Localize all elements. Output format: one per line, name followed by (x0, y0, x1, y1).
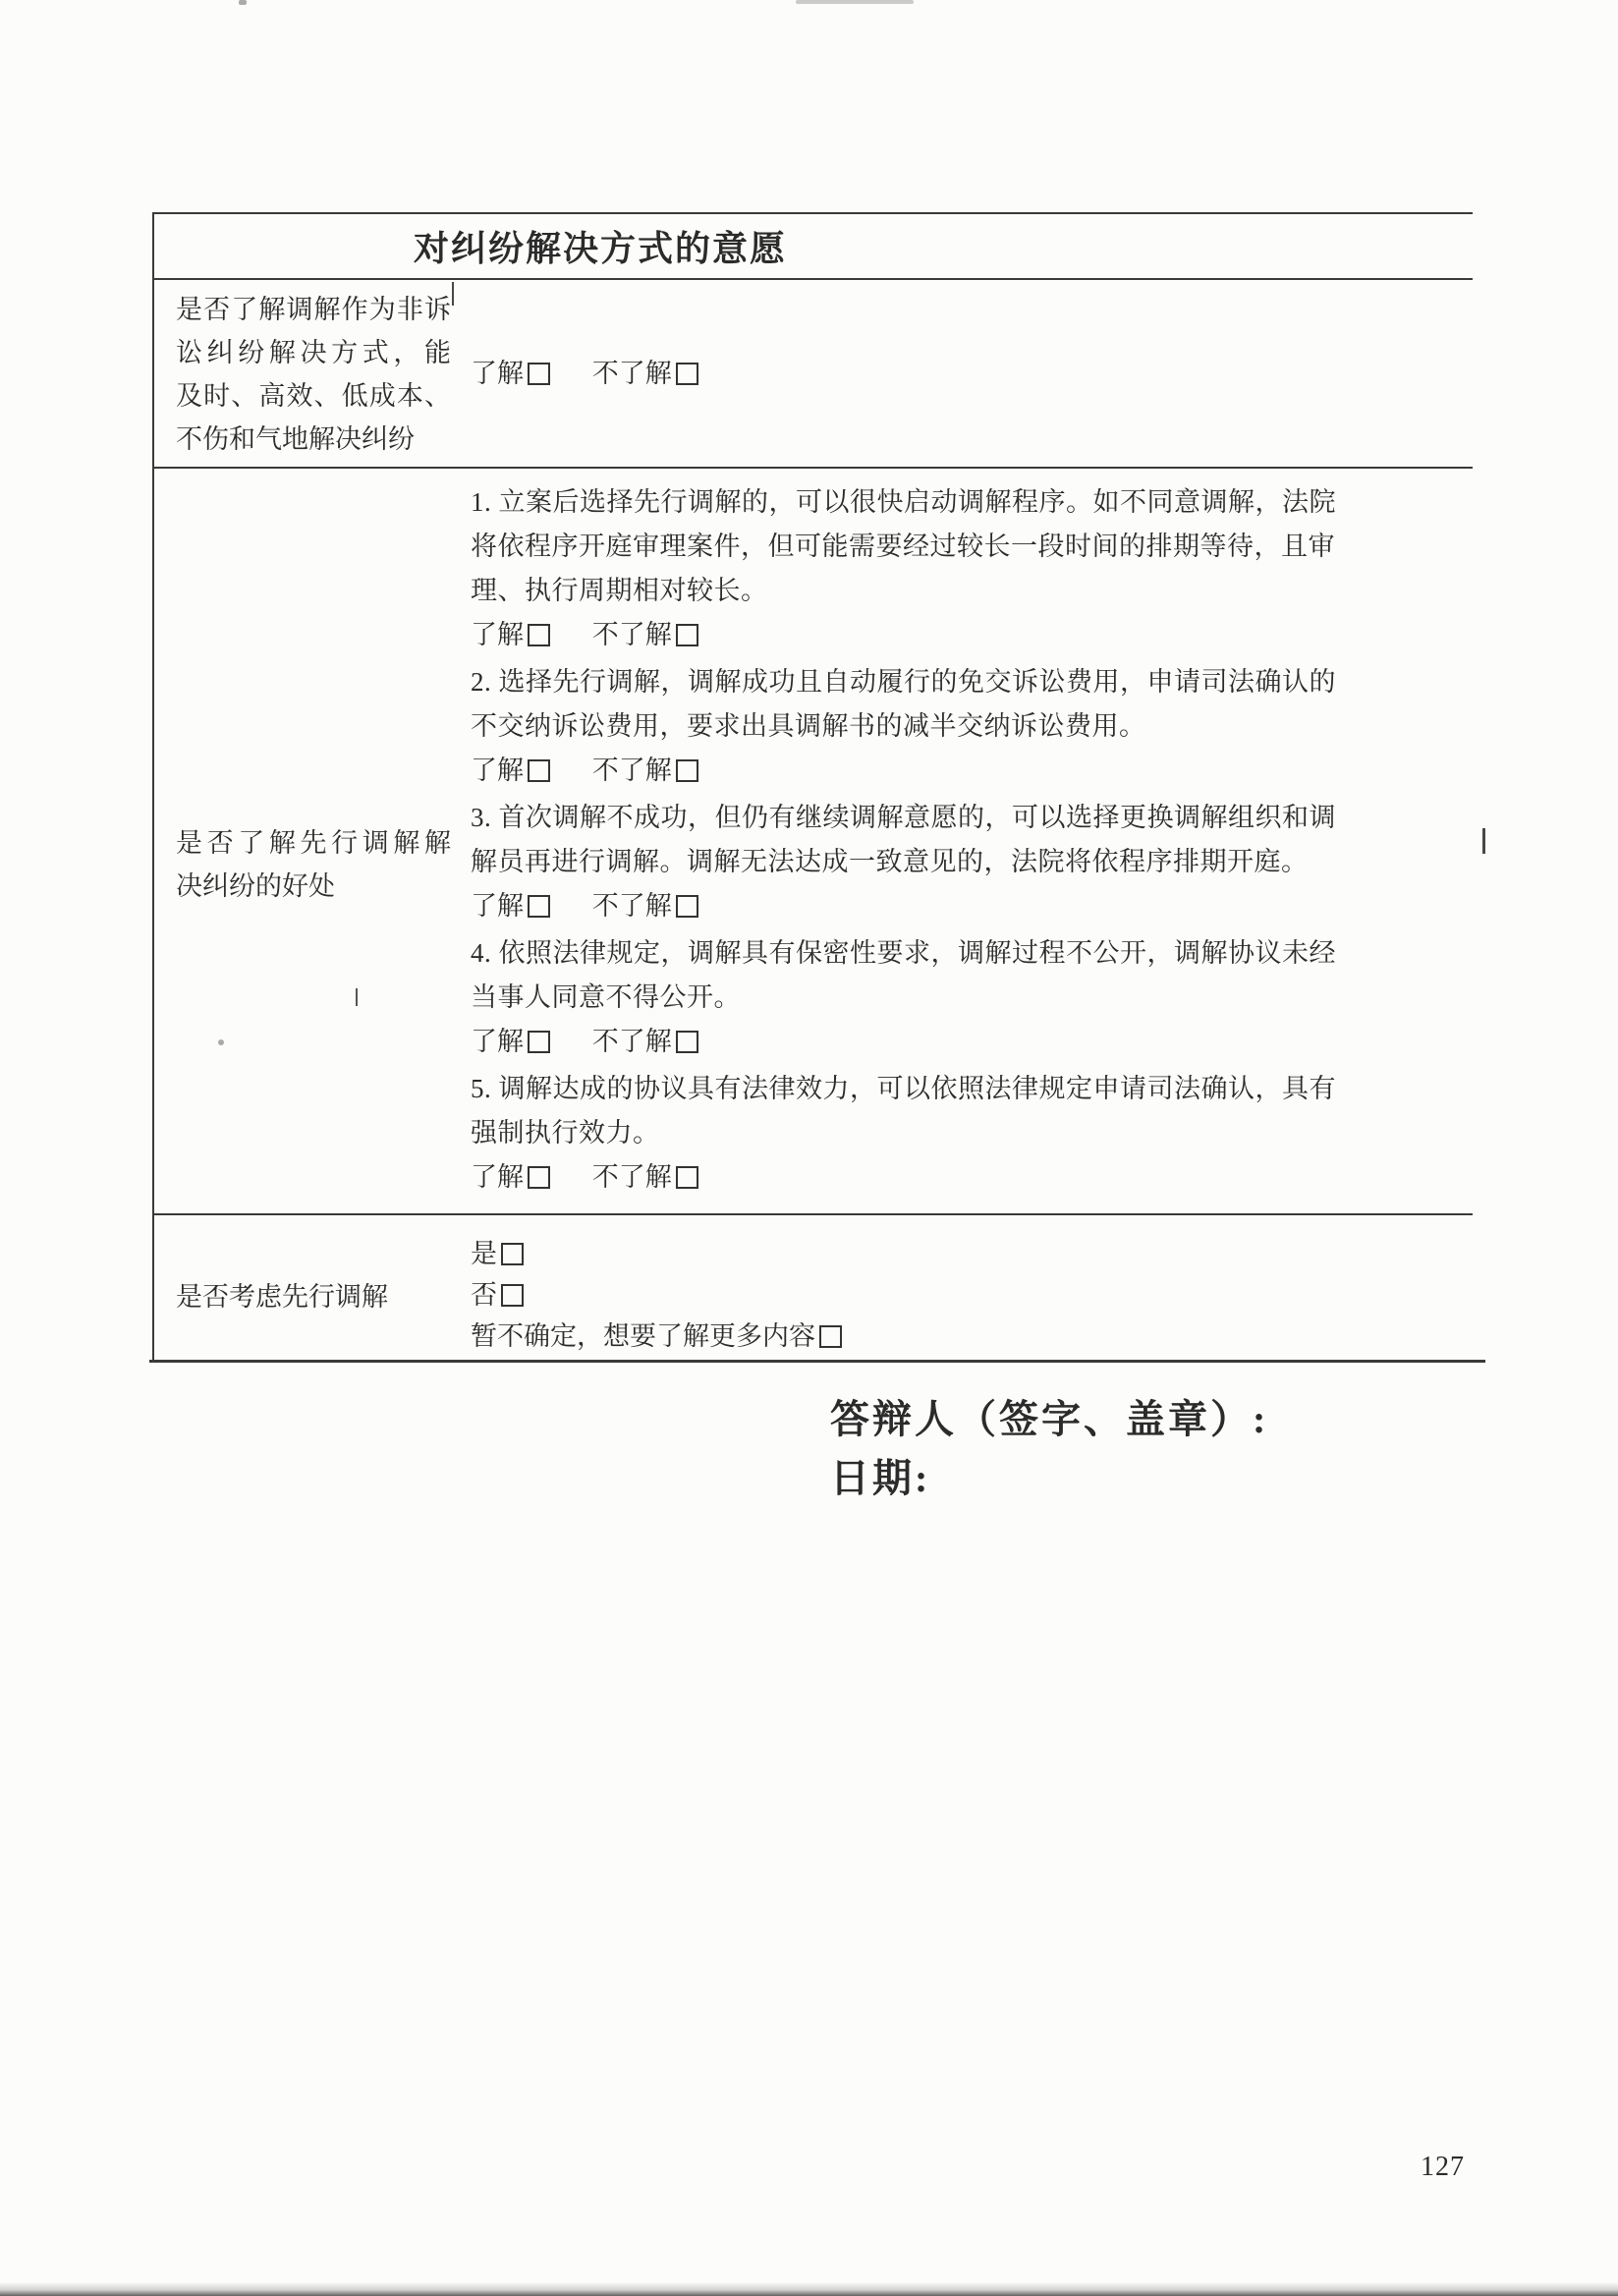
not-understand-checkbox[interactable] (676, 363, 698, 385)
understand-checkbox[interactable] (528, 1031, 550, 1053)
yes-checkbox[interactable] (501, 1243, 524, 1265)
understand-option-label: 了解 (471, 756, 524, 785)
not-understand-checkbox[interactable] (676, 1031, 698, 1053)
not-understand-option-label: 不了解 (592, 1027, 672, 1056)
row3-label: 是否考虑先行调解 (154, 1215, 471, 1360)
benefit-item-5: 5. 调解达成的协议具有法律效力，可以依照法律规定申请司法确认，具有 强制执行效… (471, 1067, 1473, 1200)
consider-option-yes: 是 (471, 1233, 1473, 1274)
benefit-item-2: 2. 选择先行调解，调解成功且自动履行的免交诉讼费用，申请司法确认的 不交纳诉讼… (471, 660, 1473, 793)
understand-option-label: 了解 (471, 620, 524, 649)
understand-checkbox[interactable] (528, 363, 550, 385)
consider-option-undecided: 暂不确定，想要了解更多内容 (471, 1316, 1473, 1357)
scan-artifact-dot (218, 1039, 224, 1045)
benefit-item-text: 1. 立案后选择先行调解的，可以很快启动调解程序。如不同意调解，法院 (471, 480, 1473, 525)
respondent-signature-label: 答辩人（签字、盖章）: (830, 1390, 1268, 1449)
consider-option-no: 否 (471, 1274, 1473, 1316)
benefit-item-text: 4. 依照法律规定，调解具有保密性要求，调解过程不公开，调解协议未经 (471, 931, 1473, 976)
understand-options: 了解 不了解 (471, 352, 698, 395)
form-title-row: 对纠纷解决方式的意愿 (154, 214, 1473, 280)
table-bottom-rule (149, 1360, 1485, 1363)
row-mediation-awareness: 是否了解调解作为非诉 讼纠纷解决方式，能 及时、高效、低成本、 不伤和气地解决纠… (154, 280, 1473, 469)
not-understand-option-label: 不了解 (592, 359, 672, 388)
scan-artifact-line (356, 988, 358, 1006)
row3-content: 是 否 暂不确定，想要了解更多内容 (471, 1215, 1473, 1360)
not-understand-option-label: 不了解 (592, 756, 672, 785)
row1-label-line: 是否了解调解作为非诉 (176, 288, 451, 331)
row2-content: 1. 立案后选择先行调解的，可以很快启动调解程序。如不同意调解，法院 将依程序开… (471, 469, 1473, 1213)
form-title: 对纠纷解决方式的意愿 (414, 221, 787, 271)
understand-checkbox[interactable] (528, 895, 550, 918)
understand-option-label: 了解 (471, 1027, 524, 1056)
row-mediation-benefits: 是否了解先行调解解 决纠纷的好处 1. 立案后选择先行调解的，可以很快启动调解程… (154, 469, 1473, 1215)
row1-label: 是否了解调解作为非诉 讼纠纷解决方式，能 及时、高效、低成本、 不伤和气地解决纠… (154, 280, 471, 467)
scan-artifact-line (452, 282, 454, 306)
not-understand-option-label: 不了解 (592, 620, 672, 649)
row1-label-line: 讼纠纷解决方式，能 (176, 331, 451, 374)
page-number: 127 (1421, 2152, 1465, 2183)
willingness-form-table: 对纠纷解决方式的意愿 是否了解调解作为非诉 讼纠纷解决方式，能 及时、高效、低成… (152, 212, 1473, 1360)
understand-option-label: 了解 (471, 891, 524, 921)
not-understand-checkbox[interactable] (676, 1166, 698, 1189)
understand-checkbox[interactable] (528, 759, 550, 782)
benefit-item-text: 当事人同意不得公开。 (471, 976, 1473, 1020)
row1-content: 了解 不了解 (471, 280, 1473, 467)
not-understand-checkbox[interactable] (676, 759, 698, 782)
understand-checkbox[interactable] (528, 1166, 550, 1189)
undecided-option-label: 暂不确定，想要了解更多内容 (471, 1321, 815, 1351)
benefit-item-4: 4. 依照法律规定，调解具有保密性要求，调解过程不公开，调解协议未经 当事人同意… (471, 931, 1473, 1064)
understand-options: 了解 不了解 (471, 884, 1473, 928)
benefit-item-text: 将依程序开庭审理案件，但可能需要经过较长一段时间的排期等待，且审 (471, 525, 1473, 569)
scan-smudge (796, 0, 914, 4)
row2-label-line: 决纠纷的好处 (176, 865, 451, 908)
understand-options: 了解 不了解 (471, 749, 1473, 793)
understand-option-label: 了解 (471, 1162, 524, 1192)
row2-label: 是否了解先行调解解 决纠纷的好处 (154, 469, 471, 1213)
understand-options: 了解 不了解 (471, 1020, 1473, 1064)
understand-options: 了解 不了解 (471, 1155, 1473, 1200)
benefit-item-text: 不交纳诉讼费用，要求出具调解书的减半交纳诉讼费用。 (471, 704, 1473, 749)
no-checkbox[interactable] (501, 1284, 524, 1307)
not-understand-option-label: 不了解 (592, 1162, 672, 1192)
row-consider-mediation: 是否考虑先行调解 是 否 暂不确定，想要了解更多内容 (154, 1215, 1473, 1360)
not-understand-option-label: 不了解 (592, 891, 672, 921)
scanned-document-page: 对纠纷解决方式的意愿 是否了解调解作为非诉 讼纠纷解决方式，能 及时、高效、低成… (0, 0, 1618, 2296)
benefit-item-text: 强制执行效力。 (471, 1111, 1473, 1155)
understand-option-label: 了解 (471, 359, 524, 388)
benefit-item-1: 1. 立案后选择先行调解的，可以很快启动调解程序。如不同意调解，法院 将依程序开… (471, 480, 1473, 657)
benefit-item-text: 解员再进行调解。调解无法达成一致意见的，法院将依程序排期开庭。 (471, 840, 1473, 884)
scan-artifact-line (1482, 828, 1485, 854)
not-understand-checkbox[interactable] (676, 624, 698, 646)
benefit-item-3: 3. 首次调解不成功，但仍有继续调解意愿的，可以选择更换调解组织和调 解员再进行… (471, 796, 1473, 928)
undecided-checkbox[interactable] (819, 1325, 842, 1348)
understand-checkbox[interactable] (528, 624, 550, 646)
signature-block: 答辩人（签字、盖章）: 日期: (830, 1390, 1268, 1508)
benefit-item-text: 理、执行周期相对较长。 (471, 569, 1473, 613)
understand-options: 了解 不了解 (471, 613, 1473, 657)
not-understand-checkbox[interactable] (676, 895, 698, 918)
row1-label-line: 不伤和气地解决纠纷 (176, 418, 451, 461)
benefit-item-text: 2. 选择先行调解，调解成功且自动履行的免交诉讼费用，申请司法确认的 (471, 660, 1473, 704)
benefit-item-text: 5. 调解达成的协议具有法律效力，可以依照法律规定申请司法确认，具有 (471, 1067, 1473, 1111)
scan-speck (239, 0, 247, 5)
row1-label-line: 及时、高效、低成本、 (176, 374, 451, 418)
row2-label-line: 是否了解先行调解解 (176, 821, 451, 865)
date-label: 日期: (830, 1449, 1268, 1508)
yes-option-label: 是 (471, 1239, 497, 1268)
scan-bottom-edge (0, 2282, 1618, 2296)
no-option-label: 否 (471, 1280, 497, 1310)
benefit-item-text: 3. 首次调解不成功，但仍有继续调解意愿的，可以选择更换调解组织和调 (471, 796, 1473, 840)
row3-label-line: 是否考虑先行调解 (176, 1275, 451, 1318)
